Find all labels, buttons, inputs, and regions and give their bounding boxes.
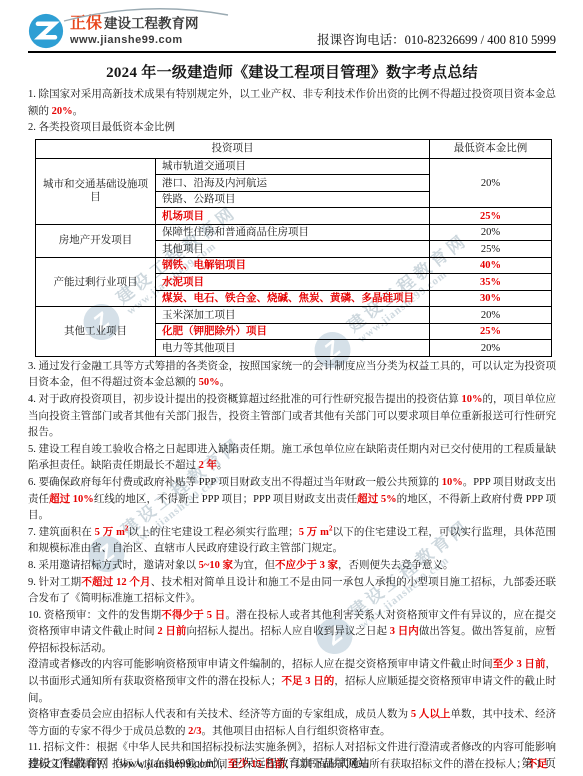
body-text: ，否则便失去竞争意义。 <box>338 560 454 571</box>
highlighted-text: 不足 3 日的 <box>281 676 334 687</box>
page-header: 正保建设工程教育网 www.jianshe99.com 报课咨询电话：010-8… <box>28 0 556 53</box>
document-page: Z建设工程教育网www.jianshe99.comZ建设工程教育网www.jia… <box>0 0 583 776</box>
highlighted-text: 2/3 <box>188 726 201 737</box>
paragraph: 10. 资格预审：文件的发售期不得少于 5 日。潜在投标人或者其他利害关系人对资… <box>28 608 556 658</box>
body-text: 以上的住宅建设工程必须实行监理； <box>128 527 298 538</box>
body-text: 。 <box>73 106 84 117</box>
project-cell: 钢铁、电解铝项目 <box>156 257 430 274</box>
highlighted-text: 20% <box>52 106 73 117</box>
paragraph: 澄清或者修改的内容可能影响资格预审申请文件编制的，招标人应在提交资格预审申请文件… <box>28 657 556 707</box>
group-cell: 城市和交通基础设施项目 <box>36 158 156 224</box>
highlighted-text: 50% <box>199 377 220 388</box>
body-text: 。 <box>217 460 228 471</box>
ratio-cell: 30% <box>430 290 552 307</box>
project-cell: 港口、沿海及内河航运 <box>156 175 430 192</box>
body-text: 10. 资格预审：文件的发售期 <box>28 610 161 621</box>
footer-site-label: 建设工程教育网（www.jianshe99.com），正保远程教育旗下品牌网站 <box>28 755 369 771</box>
content-flow: 1. 除国家对采用高新技术成果有特别规定外，以工业产权、非专利技术作价出资的比例… <box>28 87 556 774</box>
body-text: 9. 针对工期 <box>28 577 81 588</box>
highlighted-text: 5~10 家 <box>199 560 233 571</box>
paragraph: 资格审查委员会应由招标人代表和有关技术、经济等方面的专家组成，成员人数为 5 人… <box>28 707 556 740</box>
logo-z-icon <box>28 13 64 49</box>
body-text: 为宜，但 <box>233 560 275 571</box>
highlighted-text: 2 年 <box>199 460 217 471</box>
project-cell: 铁路、公路项目 <box>156 191 430 208</box>
project-cell: 电力等其他项目 <box>156 340 430 357</box>
ratio-cell: 25% <box>430 323 552 340</box>
ratio-cell: 20% <box>430 307 552 324</box>
highlighted-text: 2 日前 <box>157 626 186 637</box>
table-row: 其他工业项目玉米深加工项目20% <box>36 307 552 324</box>
project-cell: 机场项目 <box>156 208 430 225</box>
body-text: 7. 建筑面积在 <box>28 527 95 538</box>
project-cell: 煤炭、电石、铁合金、烧碱、焦炭、黄磷、多晶硅项目 <box>156 290 430 307</box>
paragraph: 5. 建设工程自竣工验收合格之日起即进入缺陷责任期。施工承包单位应在缺陷责任期内… <box>28 442 556 475</box>
paragraph: 6. 要确保政府每年付费或政府补贴等 PPP 项目财政支出不得超过当年财政一般公… <box>28 475 556 525</box>
project-cell: 玉米深加工项目 <box>156 307 430 324</box>
page-number: 第 1 页 <box>522 755 557 771</box>
col-header-project: 投资项目 <box>36 139 430 158</box>
highlighted-text: 5 人以上 <box>411 709 451 720</box>
col-header-ratio: 最低资本金比例 <box>430 139 552 158</box>
logo-site-url[interactable]: www.jianshe99.com <box>70 34 199 47</box>
paragraph: 7. 建筑面积在 5 万 m2以上的住宅建设工程必须实行监理；5 万 m2以下的… <box>28 525 556 558</box>
ratio-cell: 35% <box>430 274 552 291</box>
body-text: 资格审查委员会应由招标人代表和有关技术、经济等方面的专家组成，成员人数为 <box>28 709 411 720</box>
logo-arc-decoration <box>62 8 230 22</box>
paragraph: 1. 除国家对采用高新技术成果有特别规定外，以工业产权、非专利技术作价出资的比例… <box>28 87 556 120</box>
paragraph: 8. 采用邀请招标方式时，邀请对象以 5~10 家为宜，但不应少于 3 家，否则… <box>28 558 556 575</box>
project-cell: 水泥项目 <box>156 274 430 291</box>
project-cell: 城市轨道交通项目 <box>156 158 430 175</box>
body-text: 红线的地区，不得新上 PPP 项目；PPP 项目财政支出责任 <box>94 494 357 505</box>
ratio-cell: 25% <box>430 241 552 258</box>
highlighted-text: 超过 5% <box>357 494 396 505</box>
table-row: 城市和交通基础设施项目城市轨道交通项目20% <box>36 158 552 175</box>
table-row: 房地产开发项目保障性住房和普通商品住房项目20% <box>36 224 552 241</box>
ratio-cell: 40% <box>430 257 552 274</box>
page-footer: 建设工程教育网（www.jianshe99.com），正保远程教育旗下品牌网站 … <box>28 755 556 771</box>
body-text: 4. 对于政府投资项目，初步设计提出的投资概算超过经批准的可行性研究报告提出的投… <box>28 394 461 405</box>
body-text: 澄清或者修改的内容可能影响资格预审申请文件编制的，招标人应在提交资格预审申请文件… <box>28 659 493 670</box>
group-cell: 产能过剩行业项目 <box>36 257 156 307</box>
ratio-cell: 20% <box>430 158 552 208</box>
highlighted-text: 3 日内 <box>390 626 419 637</box>
ratio-cell: 25% <box>430 208 552 225</box>
body-text: 2. 各类投资项目最低资本金比例 <box>28 122 175 133</box>
highlighted-text: 不得少于 5 日 <box>161 610 225 621</box>
body-text: 8. 采用邀请招标方式时，邀请对象以 <box>28 560 199 571</box>
project-cell: 化肥（钾肥除外）项目 <box>156 323 430 340</box>
paragraph: 3. 通过发行金融工具等方式筹措的各类资金，按照国家统一的会计制度应当分类为权益… <box>28 359 556 392</box>
body-text: 5. 建设工程自竣工验收合格之日起即进入缺陷责任期。施工承包单位应在缺陷责任期内… <box>28 444 556 472</box>
site-logo[interactable]: 正保建设工程教育网 www.jianshe99.com <box>28 13 199 49</box>
paragraph: 9. 针对工期不超过 12 个月、技术相对简单且设计和施工不是由同一承包人承担的… <box>28 575 556 608</box>
phone-info: 报课咨询电话：010-82326699 / 400 810 5999 <box>317 30 556 49</box>
body-text: 向招标人提出。招标人应自收到异议之日起 <box>186 626 389 637</box>
highlighted-text: 5 万 m <box>299 527 329 538</box>
highlighted-text: 至少 3 日前 <box>493 659 546 670</box>
ratio-cell: 20% <box>430 340 552 357</box>
body-text: 1. 除国家对采用高新技术成果有特别规定外，以工业产权、非专利技术作价出资的比例… <box>28 89 556 117</box>
body-text: 。其他项目由招标人自行组织资格审查。 <box>202 726 391 737</box>
project-cell: 保障性住房和普通商品住房项目 <box>156 224 430 241</box>
group-cell: 房地产开发项目 <box>36 224 156 257</box>
body-text: 6. 要确保政府每年付费或政府补贴等 PPP 项目财政支出不得超过当年财政一般公… <box>28 477 442 488</box>
highlighted-text: 不应少于 3 家 <box>275 560 338 571</box>
page-title: 2024 年一级建造师《建设工程项目管理》数字考点总结 <box>28 61 556 82</box>
project-cell: 其他项目 <box>156 241 430 258</box>
highlighted-text: 10% <box>442 477 463 488</box>
highlighted-text: 5 万 m <box>95 527 125 538</box>
ratio-cell: 20% <box>430 224 552 241</box>
table-row: 产能过剩行业项目钢铁、电解铝项目40% <box>36 257 552 274</box>
highlighted-text: 超过 10% <box>49 494 94 505</box>
paragraph: 2. 各类投资项目最低资本金比例 <box>28 120 556 137</box>
body-text: 3. 通过发行金融工具等方式筹措的各类资金，按照国家统一的会计制度应当分类为权益… <box>28 361 556 389</box>
highlighted-text: 不超过 12 个月 <box>81 577 150 588</box>
group-cell: 其他工业项目 <box>36 307 156 357</box>
paragraph: 4. 对于政府投资项目，初步设计提出的投资概算超过经批准的可行性研究报告提出的投… <box>28 392 556 442</box>
min-capital-ratio-table: 投资项目最低资本金比例城市和交通基础设施项目城市轨道交通项目20%港口、沿海及内… <box>35 139 552 357</box>
body-text: 。 <box>220 377 231 388</box>
table-header-row: 投资项目最低资本金比例 <box>36 139 552 158</box>
highlighted-text: 10% <box>461 394 482 405</box>
